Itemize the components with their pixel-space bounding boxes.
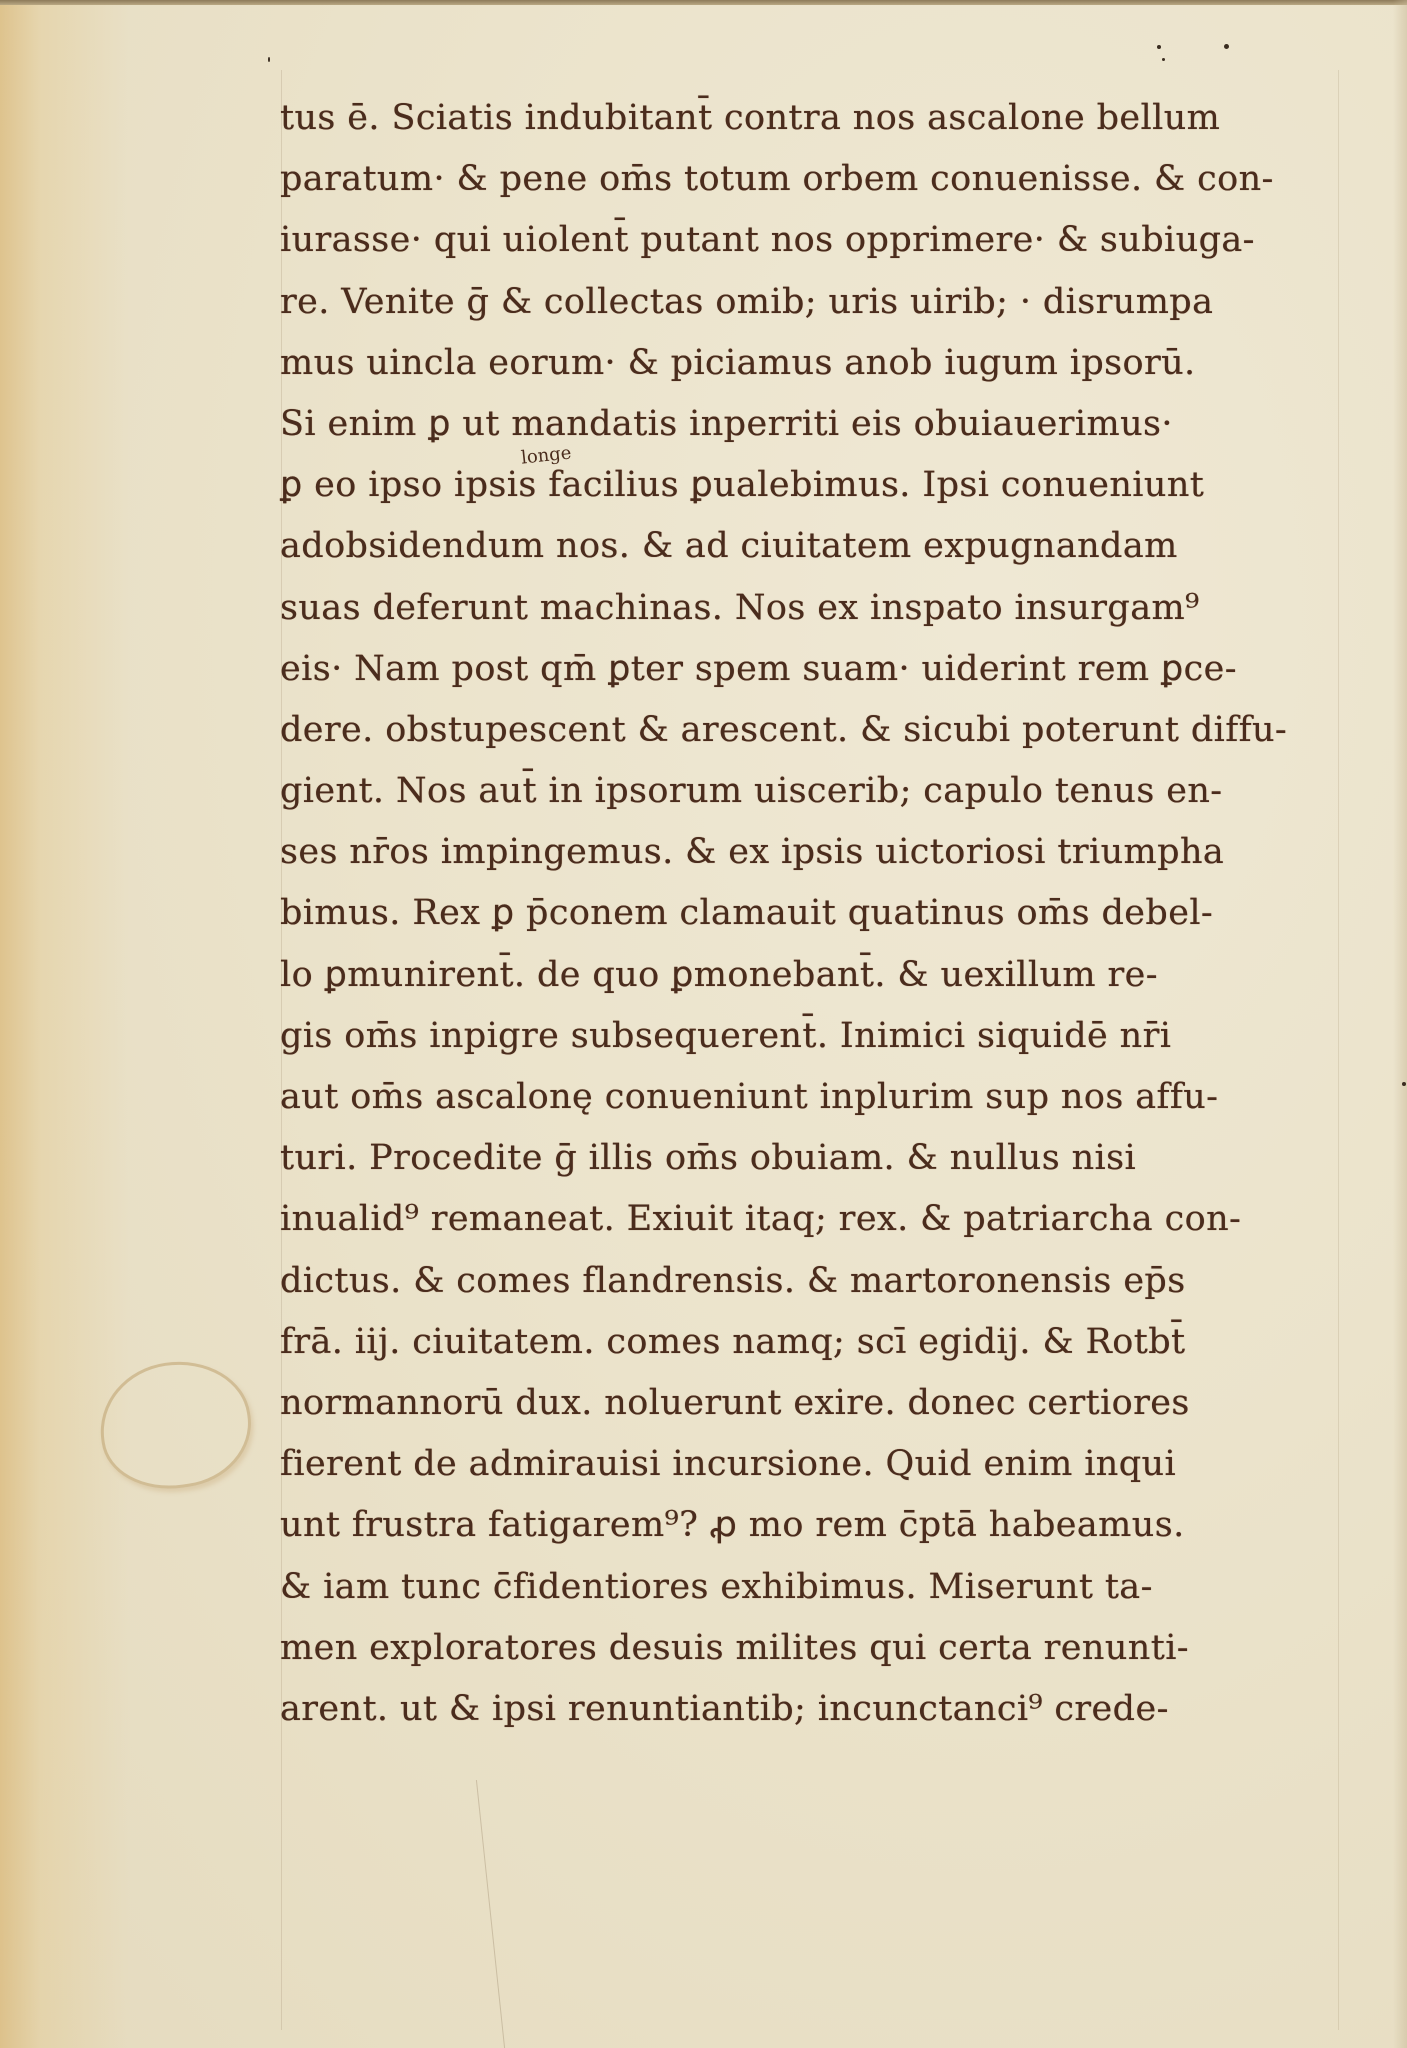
ink-speck [1402,1082,1406,1086]
page-right-edge [1393,0,1407,2048]
text-line: turi. Procedite ḡ illis om̄s obuiam. & n… [280,1128,1290,1189]
text-line: gient. Nos aut̄ in ipsorum uiscerib; cap… [280,761,1290,822]
text-line: frā. iij. ciuitatem. comes namq; scī egi… [280,1312,1290,1373]
text-line: fierent de admirauisi incursione. Quid e… [280,1434,1290,1495]
text-line: adobsidendum nos. & ad ciuitatem expugna… [280,516,1290,577]
text-line: Si enim ꝑ ut mandatis inperriti eis obui… [280,394,1290,455]
water-stain-ring [92,1352,259,1498]
parchment-crease [476,1780,585,2048]
text-line: paratum· & pene om̄s totum orbem conueni… [280,149,1290,210]
ink-speck [1224,44,1229,49]
text-line: eis· Nam post qm̄ ꝑter spem suam· uideri… [280,639,1290,700]
text-line: ꝑ eo ipso ipsis facilius ꝑualebimus. Ips… [280,455,1290,516]
right-ruling-line [1338,70,1339,2030]
text-line: tus ē. Sciatis indubitant̄ contra nos as… [280,88,1290,149]
text-line: ses nr̄os impingemus. & ex ipsis uictori… [280,822,1290,883]
text-line: iurasse· qui uiolent̄ putant nos opprime… [280,210,1290,271]
text-line: & iam tunc c̄fidentiores exhibimus. Mise… [280,1557,1290,1618]
manuscript-text-block: tus ē. Sciatis indubitant̄ contra nos as… [280,88,1290,1740]
text-line: re. Venite ḡ & collectas omib; uris uiri… [280,272,1290,333]
manuscript-folio: longe tus ē. Sciatis indubitant̄ contra … [0,0,1407,2048]
text-line: dere. obstupescent & arescent. & sicubi … [280,700,1290,761]
text-line: mus uincla eorum· & piciamus anob iugum … [280,333,1290,394]
ink-speck [268,57,270,62]
text-line: unt frustra fatigarem⁹? ꝓ mo rem c̄ptā h… [280,1495,1290,1556]
ink-speck [1162,58,1165,61]
text-line: dictus. & comes flandrensis. & martorone… [280,1251,1290,1312]
text-line: men exploratores desuis milites qui cert… [280,1618,1290,1679]
text-line: suas deferunt machinas. Nos ex inspato i… [280,578,1290,639]
text-line: inualid⁹ remaneat. Exiuit itaq; rex. & p… [280,1189,1290,1250]
text-line: aut om̄s ascalonę conueniunt inplurim su… [280,1067,1290,1128]
text-line: gis om̄s inpigre subsequerent̄. Inimici … [280,1006,1290,1067]
page-top-edge [0,0,1407,5]
text-line: arent. ut & ipsi renuntiantib; incunctan… [280,1679,1290,1740]
text-line: bimus. Rex ꝑ p̄conem clamauit quatinus o… [280,883,1290,944]
ink-speck [1157,45,1161,49]
text-line: normannorū dux. noluerunt exire. donec c… [280,1373,1290,1434]
text-line: lo ꝑmunirent̄. de quo ꝑmonebant̄. & uexi… [280,945,1290,1006]
